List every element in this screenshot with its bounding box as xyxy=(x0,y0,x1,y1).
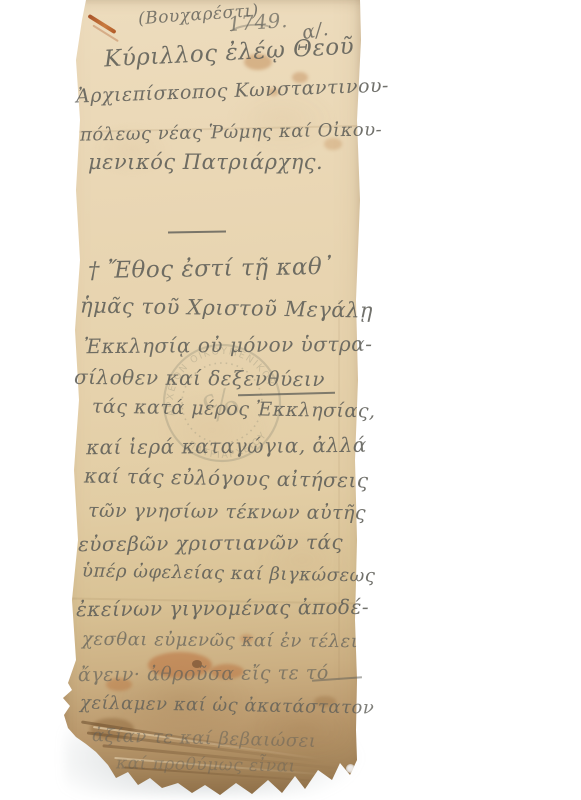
scan-canvas: ΑΡΧΕΙΟΝ ΟΙΚΟΥΜΕΝΙΚΟΥ ΠΑΤΡΙΑΡΧΕΙΟΥ ℅ (Βου… xyxy=(0,0,581,800)
manuscript-heading-line: Κύριλλος ἐλέῳ Θεοῦ xyxy=(103,33,354,72)
manuscript-line: εὐσεβῶν χριστιανῶν τάς xyxy=(78,530,343,556)
manuscript-line: χείλαμεν καί ὡς ἀκατάστατον xyxy=(80,692,375,718)
manuscript-line: ἐκείνων γιγνομένας ἀποδέ- xyxy=(76,595,369,622)
manuscript-line: † Ἔθος ἐστί τῇ καθ᾽ xyxy=(88,254,335,284)
manuscript-line: καί προθύμως εἶναι xyxy=(116,753,296,776)
manuscript-line: καί ἱερά καταγώγια, ἀλλά xyxy=(86,433,367,459)
separator-line xyxy=(168,230,226,233)
emphasis-underline xyxy=(238,392,335,397)
manuscript-heading-line: πόλεως νέας Ῥώμης καί Οἰκου- xyxy=(80,119,383,145)
manuscript-line: χεσθαι εὐμενῶς καί ἐν τέλει xyxy=(82,629,358,652)
manuscript-heading-line: Ἀρχιεπίσκοπος Κωνσταντινου- xyxy=(76,75,390,108)
manuscript-line: ἄγειν· ἀθροῦσα εἴς τε τό xyxy=(78,662,329,686)
manuscript-line: ὑπέρ ὠφελείας καί βιγκώσεως xyxy=(82,560,376,586)
manuscript-line: ἡμᾶς τοῦ Χριστοῦ Μεγάλῃ xyxy=(80,293,373,322)
manuscript-line: τῶν γνησίων τέκνων αὐτῆς xyxy=(88,500,366,524)
manuscript-line: τάς κατά μέρος Ἐκκλησίας, xyxy=(92,396,376,423)
handwriting-layer: (Βουχαρέστι) 1749. α/. Κύριλλος ἐλέῳ Θεο… xyxy=(0,0,581,800)
manuscript-line: Ἐκκλησίᾳ οὐ μόνον ὑστρα- xyxy=(84,332,373,359)
manuscript-line: ἀξίαν τε καί βεβαιώσει xyxy=(92,725,317,752)
manuscript-heading-line: μενικός Πατριάρχης. xyxy=(88,150,323,174)
manuscript-line: σίλοθεν καί δεξενθύειν xyxy=(74,365,325,391)
rust-staple-mark xyxy=(87,14,116,34)
manuscript-line: καί τάς εὐλόγους αἰτήσεις xyxy=(84,464,369,493)
